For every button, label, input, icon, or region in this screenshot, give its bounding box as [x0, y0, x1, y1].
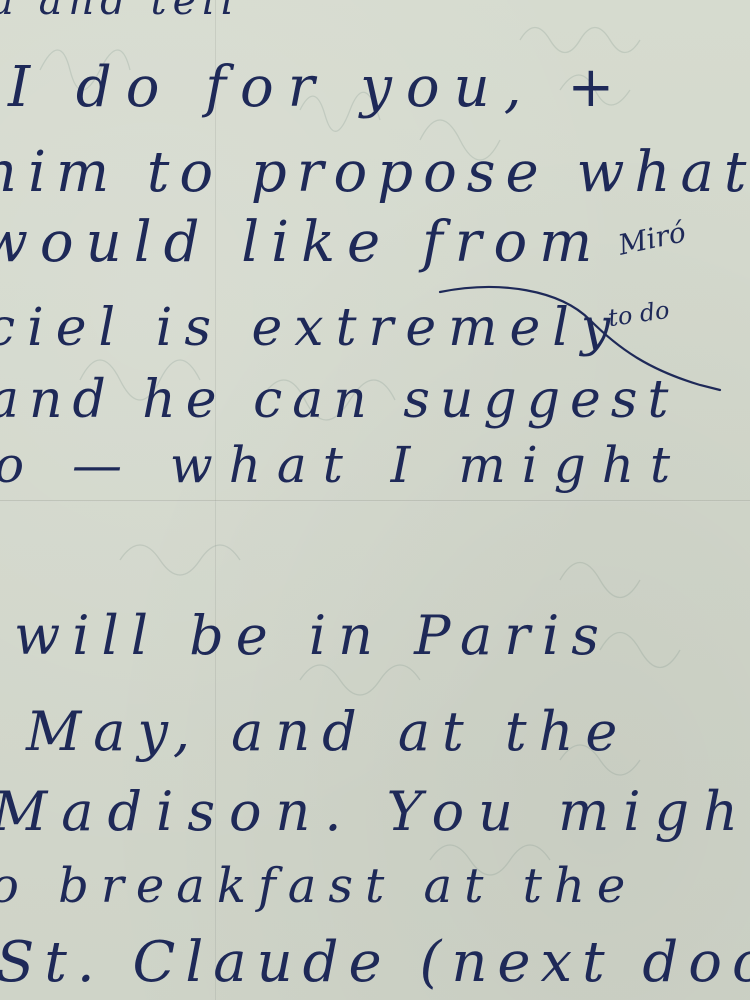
handwritten-text: a and tell I do for you, + him to propos… [0, 0, 750, 1000]
insertion-caret-line [0, 0, 750, 1000]
